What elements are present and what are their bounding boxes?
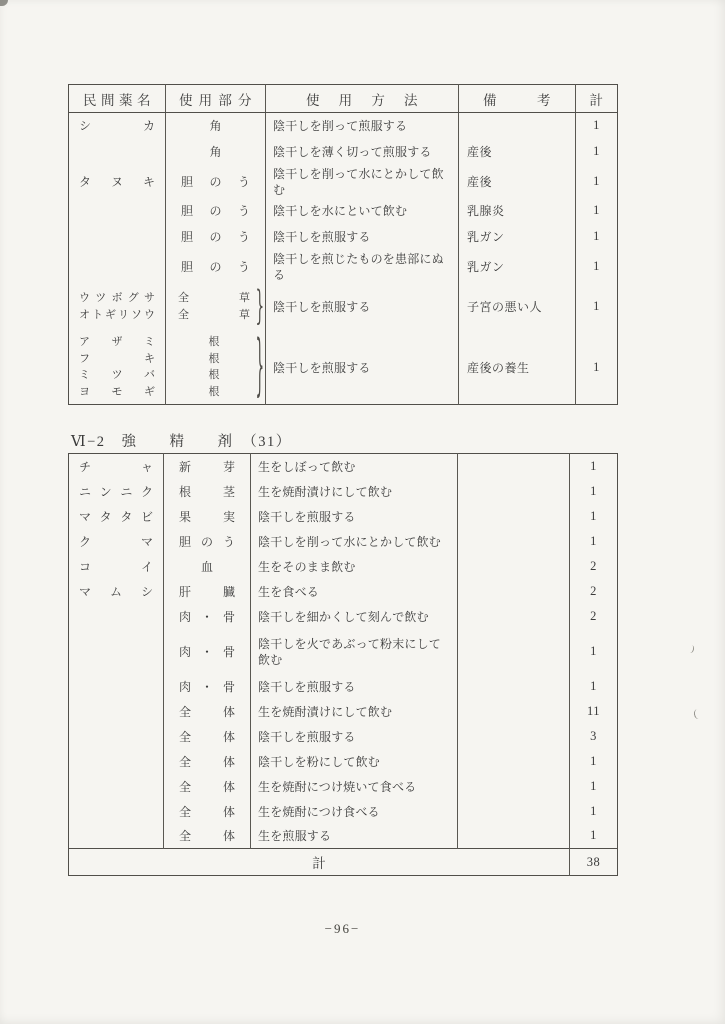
count-cell: 2 xyxy=(570,554,618,579)
table-row: ウツボグサオトギリソウ全草全草}陰干しを煎服する子宮の悪い人1 xyxy=(69,283,618,331)
count-cell: 1 xyxy=(570,824,618,849)
part-line: 全草 xyxy=(166,290,265,307)
name-line: フキ xyxy=(79,351,155,368)
page-number: −96− xyxy=(68,921,617,937)
table-row: 全体生を焼酎漬けにして飲む11 xyxy=(69,699,618,724)
method-cell: 生をそのまま飲む xyxy=(251,554,458,579)
scanned-document-page: 民間薬名 使用部分 使用方法 備考 計 シカ角陰干しを削って煎服する1角陰干しを… xyxy=(0,0,725,1024)
name-cell: シカ xyxy=(69,113,166,139)
part-line: 根 xyxy=(166,351,265,368)
remark-cell xyxy=(458,479,570,504)
method-cell: 生を焼酎漬けにして飲む xyxy=(251,699,458,724)
remark-cell xyxy=(458,504,570,529)
method-cell: 生をしぼって飲む xyxy=(251,454,458,479)
part-cell: 角 xyxy=(166,139,266,165)
scan-artifact-right-1 xyxy=(687,644,695,653)
table-row: ニンニク根茎生を焼酎漬けにして飲む1 xyxy=(69,479,618,504)
scan-artifact-right-2 xyxy=(693,708,702,719)
folk-medicine-table-1: 民間薬名 使用部分 使用方法 備考 計 シカ角陰干しを削って煎服する1角陰干しを… xyxy=(68,84,618,405)
remark-cell xyxy=(458,674,570,699)
method-cell: 陰干しを煎服する xyxy=(266,331,459,405)
header-usage-method: 使用方法 xyxy=(266,85,459,113)
table-row: 肉・骨陰干しを煎服する1 xyxy=(69,674,618,699)
name-cell: ニンニク xyxy=(69,479,164,504)
total-row: 計 38 xyxy=(69,849,618,876)
count-cell: 1 xyxy=(576,224,618,250)
name-cell xyxy=(69,139,166,165)
count-cell: 1 xyxy=(570,454,618,479)
part-cell: 全体 xyxy=(164,774,251,799)
name-cell xyxy=(69,198,166,224)
part-cell: 胆のう xyxy=(166,165,266,198)
name-cell xyxy=(69,604,164,629)
remark-cell: 産後の養生 xyxy=(459,331,576,405)
name-cell xyxy=(69,250,166,283)
name-cell xyxy=(69,224,166,250)
remark-cell: 乳ガン xyxy=(459,224,576,250)
table-row: 全体生を煎服する1 xyxy=(69,824,618,849)
part-cell: 肉・骨 xyxy=(164,629,251,674)
count-cell: 1 xyxy=(576,139,618,165)
method-cell: 生を焼酎につけ焼いて食べる xyxy=(251,774,458,799)
count-cell: 1 xyxy=(576,198,618,224)
name-cell xyxy=(69,629,164,674)
count-cell: 1 xyxy=(570,674,618,699)
part-cell: 根茎 xyxy=(164,479,251,504)
remark-cell: 子宮の悪い人 xyxy=(459,283,576,331)
name-line: ヨモギ xyxy=(79,384,155,401)
remark-cell: 乳腺炎 xyxy=(459,198,576,224)
part-cell: 根根根根} xyxy=(166,331,266,405)
part-line: 根 xyxy=(166,334,265,351)
remark-cell xyxy=(459,113,576,139)
part-cell: 胆のう xyxy=(164,529,251,554)
remark-cell xyxy=(458,629,570,674)
table-row: 肉・骨陰干しを細かくして刻んで飲む2 xyxy=(69,604,618,629)
table-row: 全体陰干しを粉にして飲む1 xyxy=(69,749,618,774)
part-cell: 全草全草} xyxy=(166,283,266,331)
count-cell: 1 xyxy=(570,774,618,799)
method-cell: 陰干しを煎じたものを患部にぬる xyxy=(266,250,459,283)
part-cell: 全体 xyxy=(164,724,251,749)
method-cell: 生を焼酎漬けにして飲む xyxy=(251,479,458,504)
count-cell: 1 xyxy=(576,283,618,331)
table-header-row: 民間薬名 使用部分 使用方法 備考 計 xyxy=(69,85,618,113)
remark-cell: 乳ガン xyxy=(459,250,576,283)
table-row: 角陰干しを薄く切って煎服する産後1 xyxy=(69,139,618,165)
group-brace-icon: } xyxy=(256,334,265,400)
total-value-cell: 38 xyxy=(570,849,618,876)
name-cell xyxy=(69,799,164,824)
name-cell: アザミフキミツバヨモギ xyxy=(69,331,166,405)
scan-artifact-corner xyxy=(0,0,8,6)
method-cell: 陰干しを水にといて飲む xyxy=(266,198,459,224)
name-cell: チャ xyxy=(69,454,164,479)
name-cell: クマ xyxy=(69,529,164,554)
remark-cell xyxy=(458,824,570,849)
remark-cell xyxy=(458,454,570,479)
name-cell xyxy=(69,749,164,774)
part-cell: 果実 xyxy=(164,504,251,529)
part-cell: 肉・骨 xyxy=(164,604,251,629)
part-cell: 胆のう xyxy=(166,250,266,283)
count-cell: 1 xyxy=(576,165,618,198)
name-cell xyxy=(69,699,164,724)
method-cell: 陰干しを煎服する xyxy=(266,224,459,250)
name-cell xyxy=(69,774,164,799)
part-cell: 肉・骨 xyxy=(164,674,251,699)
remark-cell xyxy=(458,554,570,579)
count-cell: 2 xyxy=(570,604,618,629)
table-row: クマ胆のう陰干しを削って水にとかして飲む1 xyxy=(69,529,618,554)
table-row: マタタビ果実陰干しを煎服する1 xyxy=(69,504,618,529)
method-cell: 陰干しを削って水にとかして飲む xyxy=(251,529,458,554)
table-row: コイ血生をそのまま飲む2 xyxy=(69,554,618,579)
part-cell: 肝臓 xyxy=(164,579,251,604)
total-label-cell: 計 xyxy=(69,849,570,876)
part-line: 根 xyxy=(166,367,265,384)
remark-cell xyxy=(458,604,570,629)
count-cell: 1 xyxy=(570,479,618,504)
name-line: ミツバ xyxy=(79,367,155,384)
table-row: 全体生を焼酎につけ焼いて食べる1 xyxy=(69,774,618,799)
count-cell: 1 xyxy=(570,529,618,554)
method-cell: 生を焼酎につけ食べる xyxy=(251,799,458,824)
part-cell: 胆のう xyxy=(166,224,266,250)
remark-cell xyxy=(458,699,570,724)
count-cell: 1 xyxy=(576,113,618,139)
method-cell: 陰干しを粉にして飲む xyxy=(251,749,458,774)
count-cell: 2 xyxy=(570,579,618,604)
count-cell: 3 xyxy=(570,724,618,749)
name-line: ウツボグサ xyxy=(79,290,155,307)
table-row: チャ新芽生をしぼって飲む1 xyxy=(69,454,618,479)
count-cell: 1 xyxy=(570,799,618,824)
table-row: アザミフキミツバヨモギ根根根根}陰干しを煎服する産後の養生1 xyxy=(69,331,618,405)
remark-cell xyxy=(458,799,570,824)
method-cell: 陰干しを削って煎服する xyxy=(266,113,459,139)
section-heading: Ⅵ−2 強 精 剤 （31） xyxy=(71,430,292,451)
part-cell: 全体 xyxy=(164,799,251,824)
name-cell xyxy=(69,824,164,849)
method-cell: 陰干しを薄く切って煎服する xyxy=(266,139,459,165)
remark-cell xyxy=(458,724,570,749)
count-cell: 1 xyxy=(576,331,618,405)
count-cell: 1 xyxy=(576,250,618,283)
table-row: 胆のう陰干しを水にといて飲む乳腺炎1 xyxy=(69,198,618,224)
table-row: 胆のう陰干しを煎じたものを患部にぬる乳ガン1 xyxy=(69,250,618,283)
remark-cell xyxy=(458,749,570,774)
part-cell: 新芽 xyxy=(164,454,251,479)
count-cell: 1 xyxy=(570,629,618,674)
name-cell xyxy=(69,674,164,699)
header-folk-medicine-name: 民間薬名 xyxy=(69,85,166,113)
remark-cell xyxy=(458,774,570,799)
remark-cell: 産後 xyxy=(459,139,576,165)
remark-cell: 産後 xyxy=(459,165,576,198)
method-cell: 陰干しを煎服する xyxy=(251,504,458,529)
name-line: オトギリソウ xyxy=(79,307,155,324)
table-row: 全体陰干しを煎服する3 xyxy=(69,724,618,749)
folk-medicine-table-2: チャ新芽生をしぼって飲む1ニンニク根茎生を焼酎漬けにして飲む1マタタビ果実陰干し… xyxy=(68,453,618,876)
method-cell: 生を煎服する xyxy=(251,824,458,849)
method-cell: 陰干しを削って水にとかして飲む xyxy=(266,165,459,198)
part-cell: 全体 xyxy=(164,824,251,849)
name-cell: マタタビ xyxy=(69,504,164,529)
part-cell: 血 xyxy=(164,554,251,579)
remark-cell xyxy=(458,529,570,554)
count-cell: 1 xyxy=(570,504,618,529)
table-row: 肉・骨陰干しを火であぶって粉末にして 飲む1 xyxy=(69,629,618,674)
name-cell: タヌキ xyxy=(69,165,166,198)
method-cell: 陰干しを煎服する xyxy=(266,283,459,331)
count-cell: 1 xyxy=(570,749,618,774)
method-cell: 生を食べる xyxy=(251,579,458,604)
header-total: 計 xyxy=(576,85,618,113)
method-cell: 陰干しを煎服する xyxy=(251,724,458,749)
part-line: 全草 xyxy=(166,307,265,324)
group-brace-icon: } xyxy=(256,287,265,326)
name-cell: ウツボグサオトギリソウ xyxy=(69,283,166,331)
table-row: 胆のう陰干しを煎服する乳ガン1 xyxy=(69,224,618,250)
name-cell: マムシ xyxy=(69,579,164,604)
part-line: 根 xyxy=(166,384,265,401)
header-used-part: 使用部分 xyxy=(166,85,266,113)
part-cell: 全体 xyxy=(164,699,251,724)
part-cell: 胆のう xyxy=(166,198,266,224)
header-remarks: 備考 xyxy=(459,85,576,113)
part-cell: 角 xyxy=(166,113,266,139)
name-cell xyxy=(69,724,164,749)
name-cell: コイ xyxy=(69,554,164,579)
method-cell: 陰干しを細かくして刻んで飲む xyxy=(251,604,458,629)
table-row: 全体生を焼酎につけ食べる1 xyxy=(69,799,618,824)
table-row: シカ角陰干しを削って煎服する1 xyxy=(69,113,618,139)
table-row: タヌキ胆のう陰干しを削って水にとかして飲む産後1 xyxy=(69,165,618,198)
method-cell: 陰干しを火であぶって粉末にして 飲む xyxy=(251,629,458,674)
method-cell: 陰干しを煎服する xyxy=(251,674,458,699)
count-cell: 11 xyxy=(570,699,618,724)
part-cell: 全体 xyxy=(164,749,251,774)
table-row: マムシ肝臓生を食べる2 xyxy=(69,579,618,604)
name-line: アザミ xyxy=(79,334,155,351)
remark-cell xyxy=(458,579,570,604)
